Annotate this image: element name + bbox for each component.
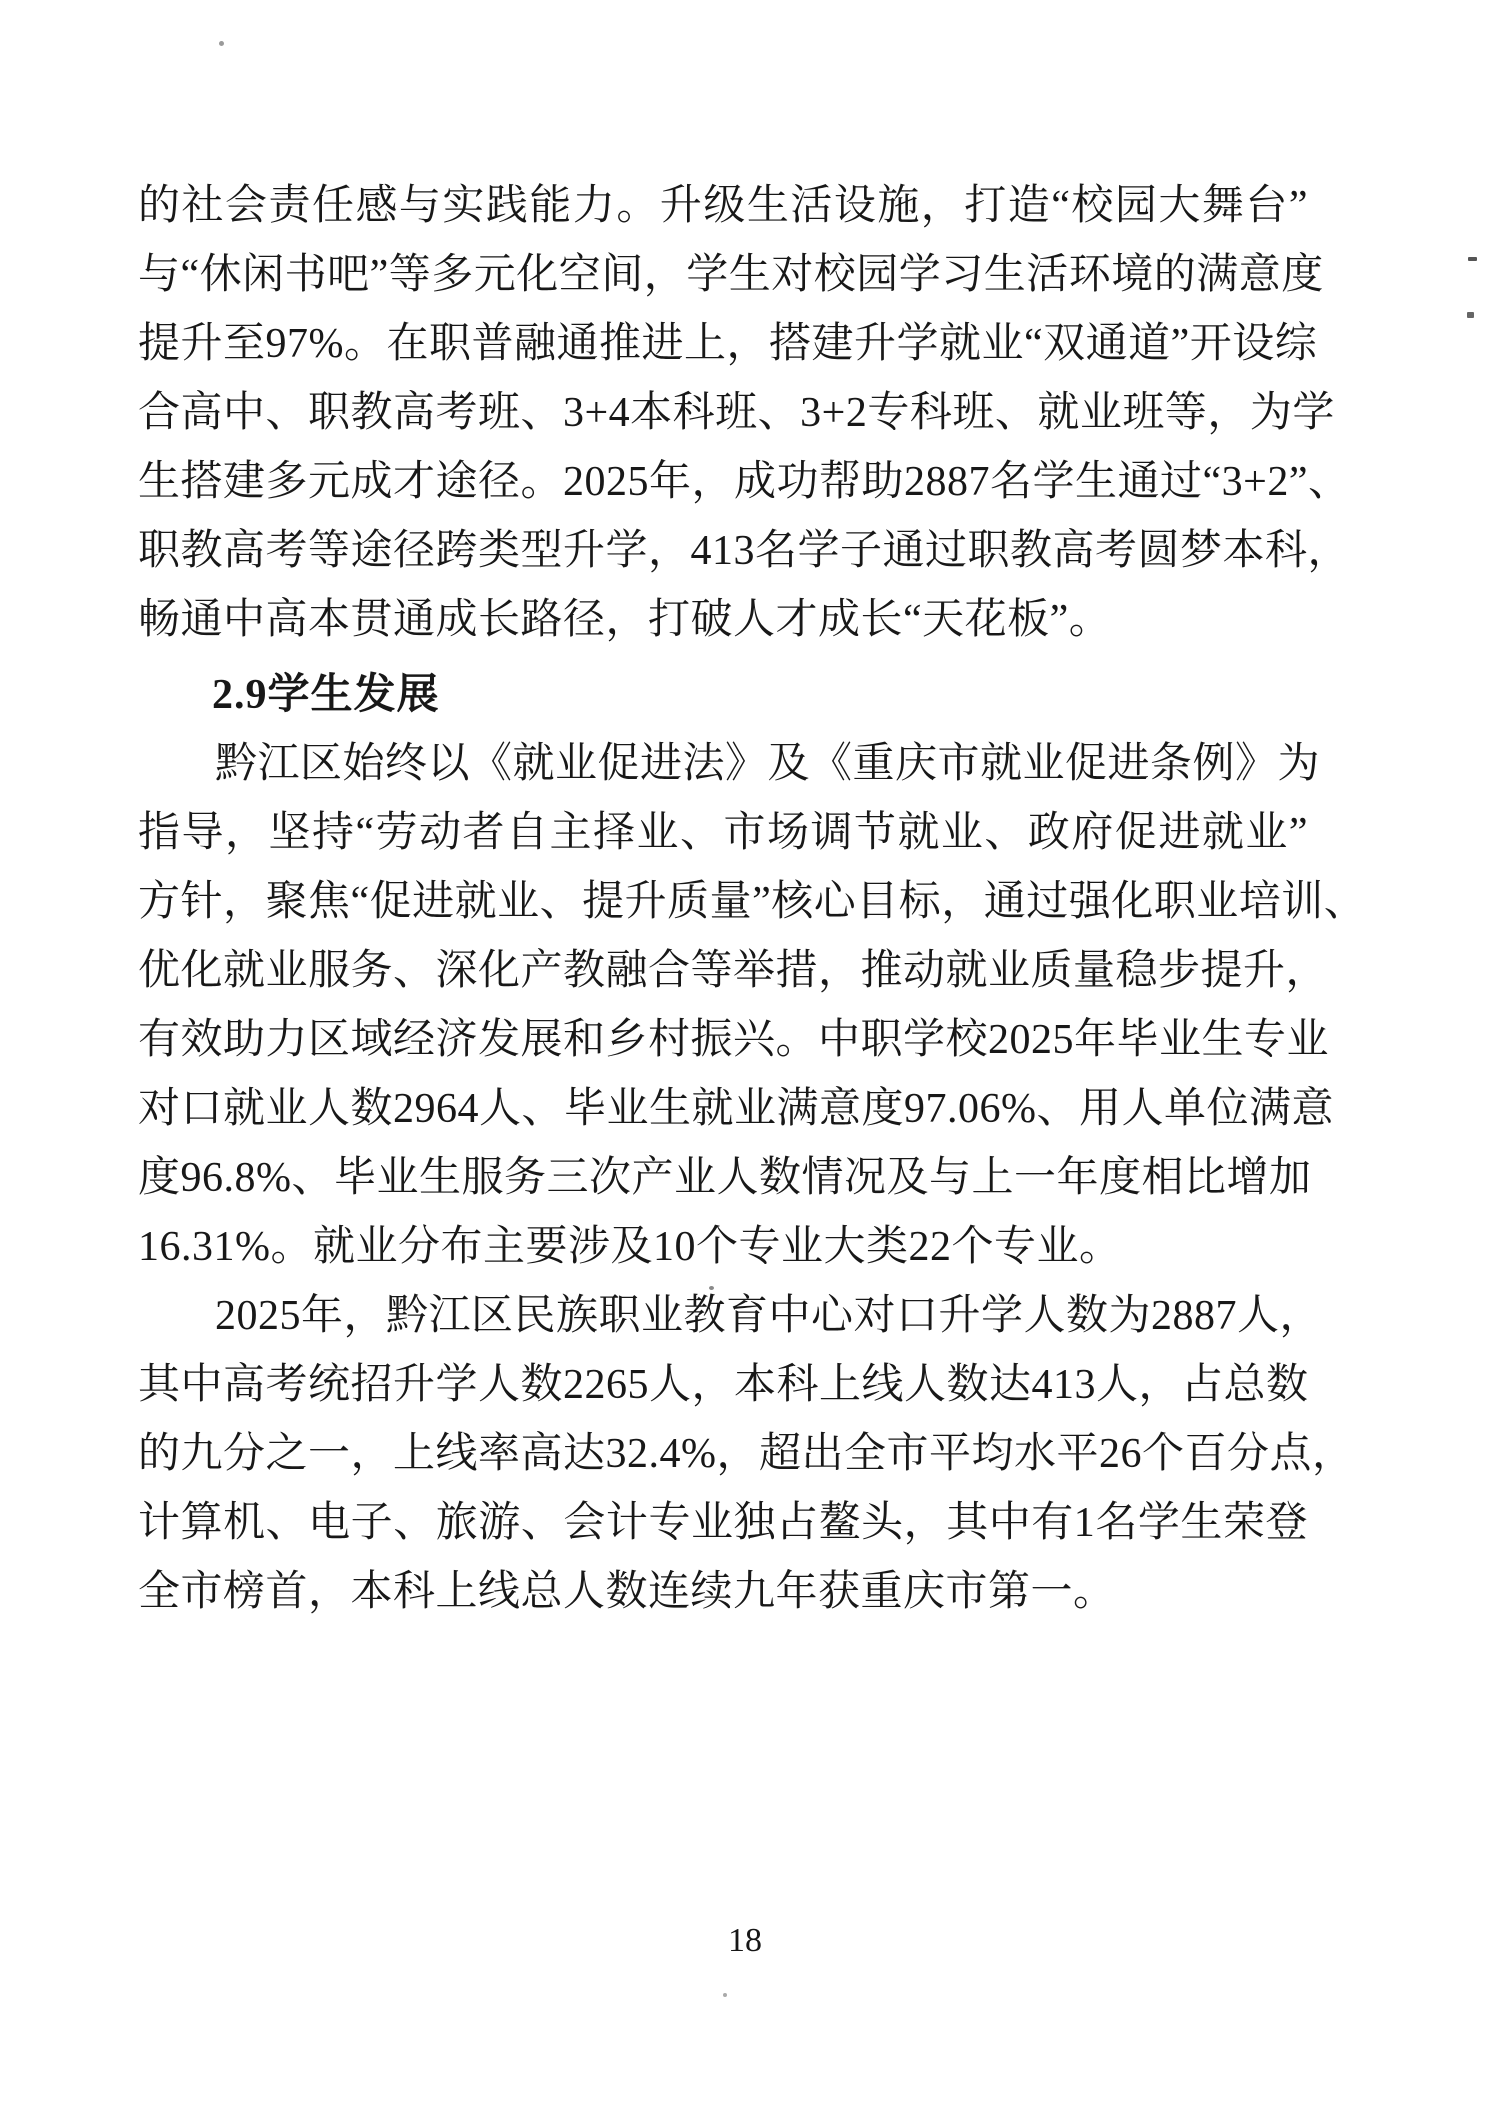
document-page: 的社会责任感与实践能力。升级生活设施，打造“校园大舞台”与“休闲书吧”等多元化空… (0, 0, 1490, 2104)
page-content: 的社会责任感与实践能力。升级生活设施，打造“校园大舞台”与“休闲书吧”等多元化空… (138, 172, 1308, 1627)
paragraph-employment-promotion: 黔江区始终以《就业促进法》及《重庆市就业促进条例》为指导，坚持“劳动者自主择业、… (138, 730, 1308, 1282)
scan-noise-speck (709, 1286, 714, 1290)
text-line: 职教高考等途径跨类型升学，413名学子通过职教高考圆梦本科， (138, 517, 1308, 586)
text-line: 优化就业服务、深化产教融合等举措，推动就业质量稳步提升， (138, 937, 1308, 1006)
section-heading: 2.9学生发展 (138, 661, 1308, 730)
text-line: 指导，坚持“劳动者自主择业、市场调节就业、政府促进就业” (138, 799, 1308, 868)
scan-noise-speck (1467, 312, 1474, 318)
text-line: 黔江区始终以《就业促进法》及《重庆市就业促进条例》为 (138, 730, 1308, 799)
text-line: 度96.8%、毕业生服务三次产业人数情况及与上一年度相比增加 (138, 1144, 1308, 1213)
text-line: 的九分之一，上线率高达32.4%，超出全市平均水平26个百分点， (138, 1420, 1308, 1489)
text-line: 有效助力区域经济发展和乡村振兴。中职学校2025年毕业生专业 (138, 1006, 1308, 1075)
text-line: 提升至97%。在职普融通推进上，搭建升学就业“双通道”开设综 (138, 310, 1308, 379)
text-line: 方针，聚焦“促进就业、提升质量”核心目标，通过强化职业培训、 (138, 868, 1308, 937)
text-line: 的社会责任感与实践能力。升级生活设施，打造“校园大舞台” (138, 172, 1308, 241)
text-line: 与“休闲书吧”等多元化空间，学生对校园学习生活环境的满意度 (138, 241, 1308, 310)
text-line: 畅通中高本贯通成长路径，打破人才成长“天花板”。 (138, 586, 1308, 655)
text-line: 计算机、电子、旅游、会计专业独占鳌头，其中有1名学生荣登 (138, 1489, 1308, 1558)
text-line: 生搭建多元成才途径。2025年，成功帮助2887名学生通过“3+2”、 (138, 448, 1308, 517)
text-line: 全市榜首，本科上线总人数连续九年获重庆市第一。 (138, 1558, 1308, 1627)
text-line: 对口就业人数2964人、毕业生就业满意度97.06%、用人单位满意 (138, 1075, 1308, 1144)
text-line: 16.31%。就业分布主要涉及10个专业大类22个专业。 (138, 1213, 1308, 1282)
text-line: 合高中、职教高考班、3+4本科班、3+2专科班、就业班等，为学 (138, 379, 1308, 448)
scan-noise-speck (219, 41, 224, 46)
page-number: 18 (0, 1922, 1490, 1960)
paragraph-continuation: 的社会责任感与实践能力。升级生活设施，打造“校园大舞台”与“休闲书吧”等多元化空… (138, 172, 1308, 655)
scan-noise-speck (1468, 257, 1477, 261)
text-line: 2025年，黔江区民族职业教育中心对口升学人数为2887人， (138, 1282, 1308, 1351)
text-line: 其中高考统招升学人数2265人，本科上线人数达413人，占总数 (138, 1351, 1308, 1420)
scan-noise-speck (723, 1993, 727, 1997)
paragraph-enrollment-results: 2025年，黔江区民族职业教育中心对口升学人数为2887人，其中高考统招升学人数… (138, 1282, 1308, 1627)
